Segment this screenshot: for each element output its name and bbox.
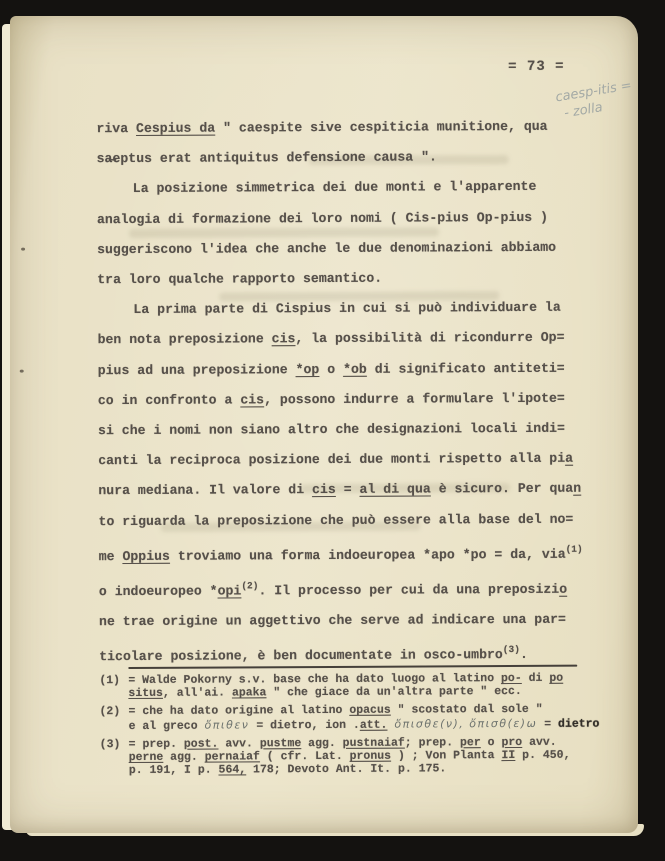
text-segment: perne bbox=[129, 751, 164, 764]
text-segment: e al greco bbox=[129, 719, 205, 732]
text-segment: al di qua bbox=[359, 482, 430, 497]
text-line: riva Cespius da " caespite sive cespitic… bbox=[96, 112, 596, 145]
text-segment: p. 191, I p. bbox=[129, 764, 219, 777]
text-segment: dietro bbox=[558, 717, 599, 730]
text-segment: ) ; Von Planta bbox=[391, 749, 501, 763]
text-segment: di bbox=[522, 672, 550, 685]
text-segment: = bbox=[336, 482, 360, 497]
text-segment: , all'ai. bbox=[163, 687, 232, 700]
text-segment: per bbox=[460, 736, 481, 749]
text-line: o indoeuropeo *opi(2). Il processo per c… bbox=[99, 570, 599, 608]
text-segment: a bbox=[565, 451, 573, 466]
text-segment: pro bbox=[501, 736, 522, 749]
text-line: suggeriscono l'idea che anche le due den… bbox=[97, 232, 597, 265]
text-segment: o bbox=[481, 736, 502, 749]
text-segment: ( cfr. Lat. bbox=[260, 750, 350, 763]
typewritten-body: riva Cespius da " caespite sive cespitic… bbox=[96, 112, 599, 673]
text-segment: apaka bbox=[232, 687, 267, 700]
text-segment: o indoeuropeo * bbox=[99, 584, 218, 600]
text-segment: II bbox=[501, 749, 515, 762]
text-segment: att. bbox=[360, 718, 388, 731]
text-segment: avv. bbox=[218, 737, 259, 750]
text-segment: po bbox=[549, 672, 563, 685]
text-segment: Cespius da bbox=[136, 121, 215, 136]
text-segment: (2) bbox=[241, 580, 258, 591]
text-line: canti la reciproca posizione dei due mon… bbox=[98, 444, 598, 477]
footnote-marker: (3) bbox=[100, 738, 121, 751]
text-segment: si che i nomi non siano altro che design… bbox=[98, 421, 565, 438]
text-segment: " caespite sive cespiticia munitione, qu… bbox=[215, 119, 547, 136]
text-segment: , la possibilità di ricondurre Op= bbox=[295, 330, 564, 346]
text-segment: agg. bbox=[301, 737, 342, 750]
page-content: = 73 = caesp-itis = - zolla riva Cespius… bbox=[8, 14, 640, 834]
text-segment: (1) bbox=[566, 543, 583, 554]
document-page: = 73 = caesp-itis = - zolla riva Cespius… bbox=[10, 16, 638, 833]
text-segment: opi bbox=[218, 583, 242, 598]
text-segment: " che giace da un'altra parte " ecc. bbox=[266, 685, 521, 699]
text-segment: suggeriscono l'idea che anche le due den… bbox=[97, 240, 556, 257]
text-segment: ὄπιθεν bbox=[204, 718, 249, 731]
text-line: me Oppius troviamo una forma indoeuropea… bbox=[99, 534, 599, 572]
text-segment: = prep. bbox=[129, 738, 184, 751]
text-segment: troviamo una forma indoeuropea *apo *po … bbox=[170, 547, 566, 564]
text-segment: , possono indurre a formulare l'ipote= bbox=[264, 391, 565, 408]
text-segment: *op bbox=[296, 362, 320, 377]
text-line: ben nota preposizione cis, la possibilit… bbox=[97, 323, 597, 356]
footnotes: (1)= Walde Pokorny s.v. base che ha dato… bbox=[99, 672, 600, 783]
text-line: tra loro qualche rapporto semantico. bbox=[97, 263, 597, 296]
text-segment: (3) bbox=[503, 644, 520, 655]
text-segment: La prima parte di Cispius in cui si può … bbox=[133, 300, 560, 317]
footnote-line: p. 191, I p. 564, 178; Devoto Ant. It. p… bbox=[129, 762, 600, 778]
text-segment: nura mediana. Il valore di bbox=[98, 483, 312, 499]
text-segment: analogia di formazione dei loro nomi ( C… bbox=[97, 209, 548, 226]
text-segment: *ob bbox=[343, 361, 367, 376]
text-segment: pius ad una preposizione bbox=[98, 362, 296, 378]
footnote-item: (1)= Walde Pokorny s.v. base che ha dato… bbox=[99, 672, 599, 701]
text-segment: co in confronto a bbox=[98, 392, 241, 408]
text-segment: pernaiaf bbox=[205, 750, 260, 763]
text-segment: situs bbox=[128, 687, 163, 700]
text-segment: sa̶eptus erat antiquitus defensione caus… bbox=[97, 150, 437, 167]
footnote-line: = Walde Pokorny s.v. base che ha dato lu… bbox=[128, 672, 599, 688]
text-line: co in confronto a cis, possono indurre a… bbox=[98, 383, 598, 416]
text-line: si che i nomi non siano altro che design… bbox=[98, 414, 598, 447]
text-segment: o bbox=[319, 362, 343, 377]
text-line: to riguarda la preposizione che può esse… bbox=[98, 504, 598, 537]
footnote-item: (3)= prep. post. avv. pustme agg. pustna… bbox=[100, 735, 600, 777]
footnote-line: situs, all'ai. apaka " che giace da un'a… bbox=[128, 685, 599, 701]
text-segment: Oppius bbox=[122, 549, 170, 564]
footnote-marker: (2) bbox=[99, 705, 120, 718]
text-segment: ὄπισθε(ν), ὄπισθ(ε)ω bbox=[394, 716, 537, 730]
footnote-line: e al greco ὄπιθεν = dietro, ion .att. ὄπ… bbox=[129, 716, 600, 733]
text-segment: ticolare posizione, è ben documentate in… bbox=[99, 648, 503, 665]
text-segment: di significato antiteti= bbox=[367, 360, 565, 376]
text-segment: ben nota preposizione bbox=[98, 332, 272, 348]
text-segment: o bbox=[559, 582, 567, 597]
text-segment: riva bbox=[96, 121, 136, 136]
text-segment: cis bbox=[240, 392, 264, 407]
page-number: = 73 = bbox=[508, 59, 565, 75]
text-segment: canti la reciproca posizione dei due mon… bbox=[98, 451, 565, 468]
text-segment: po- bbox=[501, 672, 522, 685]
ink-speck bbox=[20, 370, 24, 373]
photo-backdrop: { "colors": { "paper": "#e9e1c6", "ink":… bbox=[0, 0, 665, 861]
text-segment: = bbox=[537, 717, 558, 730]
text-line: La prima parte di Cispius in cui si può … bbox=[97, 293, 597, 326]
text-segment: avv. bbox=[522, 736, 557, 749]
text-segment: n bbox=[573, 481, 581, 496]
text-line: sa̶eptus erat antiquitus defensione caus… bbox=[97, 142, 597, 175]
text-segment: agg. bbox=[163, 751, 204, 764]
text-segment: cis bbox=[312, 482, 336, 497]
text-segment bbox=[387, 718, 394, 731]
text-segment: è sicuro. Per qua bbox=[431, 481, 574, 497]
footnote-line: perne agg. pernaiaf ( cfr. Lat. pronus )… bbox=[129, 749, 600, 765]
footnote-marker: (1) bbox=[99, 674, 120, 687]
text-segment: 178; Devoto Ant. It. p. 175. bbox=[246, 763, 446, 777]
text-segment: pustnaiaf bbox=[343, 736, 405, 749]
text-line: ne trae origine un aggettivo che serve a… bbox=[99, 605, 599, 638]
text-segment: La posizione simmetrica dei due monti e … bbox=[133, 179, 537, 196]
text-segment: = che ha dato origine al latino bbox=[128, 704, 349, 718]
text-segment: post. bbox=[184, 737, 219, 750]
text-segment: to riguarda la preposizione che può esse… bbox=[98, 511, 573, 528]
text-segment: . bbox=[520, 647, 528, 662]
ink-speck bbox=[21, 248, 25, 251]
text-line: pius ad una preposizione *op o *ob di si… bbox=[98, 353, 598, 386]
text-segment: opacus bbox=[349, 704, 390, 717]
text-segment: tra loro qualche rapporto semantico. bbox=[97, 271, 382, 287]
text-segment: me bbox=[99, 549, 123, 564]
text-line: nura mediana. Il valore di cis = al di q… bbox=[98, 474, 598, 507]
text-segment: = dietro, ion . bbox=[249, 718, 359, 732]
text-segment: cis bbox=[272, 332, 296, 347]
text-segment: ; prep. bbox=[405, 736, 460, 749]
text-segment: " scostato dal sole " bbox=[391, 703, 543, 717]
footnote-item: (2)= che ha dato origine al latino opacu… bbox=[99, 703, 599, 733]
text-segment: ne trae origine un aggettivo che serve a… bbox=[99, 612, 566, 629]
text-line: La posizione simmetrica dei due monti e … bbox=[97, 172, 597, 205]
text-segment: pronus bbox=[350, 750, 391, 763]
text-segment: . Il processo per cui da una preposizi bbox=[258, 582, 559, 599]
text-segment: pustme bbox=[260, 737, 301, 750]
text-segment: p. 450, bbox=[515, 749, 570, 762]
text-line: analogia di formazione dei loro nomi ( C… bbox=[97, 202, 597, 235]
text-segment: 564, bbox=[218, 764, 246, 777]
